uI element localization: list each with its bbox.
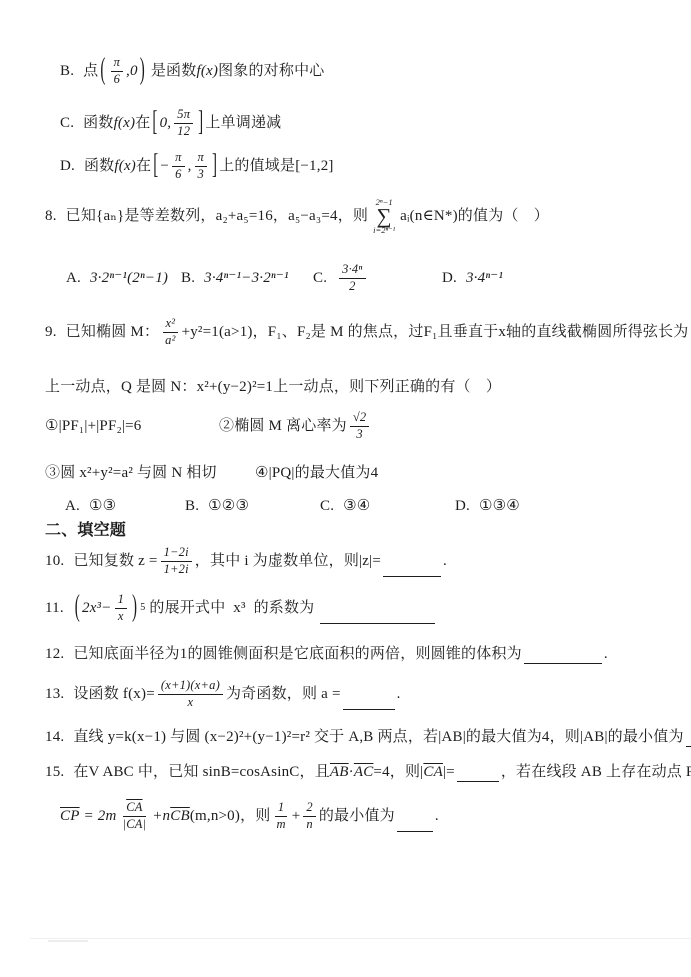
- option-d: D. ①③④: [455, 497, 520, 516]
- fraction: π6: [172, 150, 184, 182]
- statement-4: ④|PQ|的最大值为4: [255, 464, 378, 483]
- left-paren: (: [100, 56, 105, 87]
- left-bracket: [: [152, 109, 157, 138]
- text-segment: 直线 y=k(x−1) 与圆 (x−2)²+(y−1)²=r² 交于 A,B 两…: [73, 728, 683, 747]
- text-segment: ，其中 i 为虚数单位，则|z|=: [195, 552, 381, 571]
- frac-den: 3: [353, 427, 365, 443]
- option-value: ③④: [343, 497, 370, 516]
- question9-stem-line1: 9. 已知椭圆 M： x²a² +y²=1(a>1)，F₁、F₂是 M 的焦点，…: [45, 316, 691, 348]
- question8-options: A. 3·2ⁿ⁻¹(2ⁿ−1) B. 3·4ⁿ⁻¹−3·2ⁿ⁻¹ C. 3·4ⁿ…: [66, 262, 503, 294]
- text-segment: 在: [135, 114, 150, 133]
- vector-ab: AB: [330, 763, 349, 782]
- text-segment: 上单调递减: [205, 114, 281, 133]
- frac-den: 1+2i: [161, 562, 192, 578]
- section-title-text: 二、填空题: [45, 521, 126, 541]
- right-paren: ): [140, 56, 145, 87]
- question15-line2: CP = 2m CA |CA| +n CB (m,n>0)，则 1m + 2n …: [60, 800, 439, 832]
- period: .: [397, 685, 401, 704]
- fraction: √23: [350, 410, 370, 442]
- text-segment: ,0: [126, 62, 138, 81]
- question-number: 10.: [45, 552, 64, 571]
- option-label: A.: [65, 497, 80, 516]
- option-value: ①②③: [208, 497, 249, 516]
- option-b: B. 3·4ⁿ⁻¹−3·2ⁿ⁻¹: [181, 269, 313, 288]
- function-notation: f(x): [196, 62, 218, 81]
- question7-option-b: B. 点 ( π6 ,0 ) 是函数 f(x) 图象的对称中心: [60, 55, 324, 87]
- text-segment: 上一动点，Q 是圆 N：x²+(y−2)²=1上一动点，则下列正确的有（ ）: [45, 378, 501, 397]
- frac-den: 6: [172, 167, 184, 183]
- text-segment: +n: [152, 807, 170, 826]
- question12: 12. 已知底面半径为1的圆锥侧面积是它底面积的两倍，则圆锥的体积为 .: [45, 645, 608, 664]
- frac-num: 3·4ⁿ: [339, 262, 365, 279]
- sum-lower-limit: i=2ⁿ⁻¹: [373, 226, 395, 235]
- text-segment: 是函数: [147, 62, 197, 81]
- right-paren: ): [132, 593, 137, 624]
- section-title: 二、填空题: [45, 521, 126, 541]
- plus-sign: +: [292, 807, 301, 826]
- text-segment: =4，则|: [373, 763, 423, 782]
- fraction: 1−2i1+2i: [161, 545, 192, 577]
- vector-ac: AC: [354, 763, 374, 782]
- text-segment: ，若在线段 AB 上存在动点 P，使得: [501, 763, 691, 782]
- question9-items-3-4: ③圆 x²+y²=a² 与圆 N 相切 ④|PQ|的最大值为4: [45, 464, 378, 483]
- text-segment: 2x³−: [82, 599, 112, 618]
- period: .: [604, 645, 608, 664]
- frac-den: n: [303, 817, 315, 833]
- text-segment: (m,n>0)，则: [190, 807, 271, 826]
- fraction: (x+1)(x+a)x: [158, 678, 223, 710]
- frac-den: x: [115, 609, 127, 625]
- option-c: C. ③④: [320, 497, 455, 516]
- question-number: 11.: [45, 599, 64, 618]
- question9-stem-line2: 上一动点，Q 是圆 N：x²+(y−2)²=1上一动点，则下列正确的有（ ）: [45, 378, 501, 397]
- answer-blank: [383, 561, 441, 577]
- text-segment: 点: [83, 62, 98, 81]
- option-label: C.: [60, 114, 74, 133]
- fraction: 2n: [303, 800, 315, 832]
- comma: ,: [188, 157, 192, 176]
- period: .: [435, 807, 439, 826]
- question-number: 8.: [45, 207, 57, 226]
- frac-den: a²: [162, 333, 178, 349]
- sigma-glyph: ∑: [377, 207, 392, 227]
- text-segment: 函数: [83, 114, 113, 133]
- option-value: ①③: [89, 497, 116, 516]
- question7-option-d: D. 函数 f(x) 在 [ − π6 , π3 ] 上的值域是[−1,2]: [60, 150, 334, 182]
- answer-blank: [320, 608, 435, 624]
- text-segment: aᵢ(n∈N*)的值为（ ）: [400, 207, 549, 226]
- question8-stem: 8. 已知{aₙ}是等差数列，a₂+a₅=16，a₅−a₃=4，则 2ⁿ−1 ∑…: [45, 198, 549, 235]
- text-segment: 函数: [84, 157, 114, 176]
- text-segment: 0,: [160, 114, 172, 133]
- frac-num: (x+1)(x+a): [158, 678, 223, 695]
- fraction: 1x: [115, 592, 127, 624]
- option-value: 3·2ⁿ⁻¹(2ⁿ−1): [90, 269, 168, 288]
- vector-cb: CB: [170, 807, 190, 826]
- frac-num: 1: [275, 800, 287, 817]
- text-segment: 为奇函数，则 a =: [226, 685, 341, 704]
- left-bracket: [: [153, 152, 158, 181]
- text-segment: 的展开式中 x³ 的系数为: [145, 599, 318, 618]
- answer-blank: [457, 766, 499, 782]
- fraction: 5π12: [174, 107, 193, 139]
- right-bracket: ]: [212, 152, 217, 181]
- statement-2: ②椭圆 M 离心率为: [219, 417, 347, 436]
- answer-blank: [686, 731, 691, 747]
- question-number: 14.: [45, 728, 64, 747]
- question9-options: A. ①③ B. ①②③ C. ③④ D. ①③④: [65, 497, 520, 516]
- frac-num: π: [172, 150, 184, 167]
- option-value: 3·4ⁿ⁻¹: [466, 269, 503, 288]
- frac-num: 2: [303, 800, 315, 817]
- abs-bar: |: [143, 817, 147, 831]
- document-page: B. 点 ( π6 ,0 ) 是函数 f(x) 图象的对称中心 C. 函数 f(…: [0, 0, 691, 977]
- option-value: ①③④: [479, 497, 520, 516]
- text-segment: +y²=1(a>1)，F₁、F₂是 M 的焦点，过F₁且垂直于x轴的直线截椭圆所…: [182, 323, 689, 342]
- question-number: 13.: [45, 685, 64, 704]
- option-label: C.: [320, 497, 334, 516]
- option-a: A. ①③: [65, 497, 185, 516]
- text-segment: 在: [136, 157, 151, 176]
- question-number: 15.: [45, 763, 64, 782]
- frac-den: 12: [174, 124, 193, 140]
- fraction: x²a²: [162, 316, 178, 348]
- question11: 11. ( 2x³− 1x ) 5 的展开式中 x³ 的系数为: [45, 592, 437, 624]
- option-label: C.: [313, 269, 327, 288]
- question13: 13. 设函数 f(x)= (x+1)(x+a)x 为奇函数，则 a = .: [45, 678, 401, 710]
- option-a: A. 3·2ⁿ⁻¹(2ⁿ−1): [66, 269, 181, 288]
- option-label: D.: [455, 497, 470, 516]
- function-notation: f(x): [114, 157, 136, 176]
- option-d: D. 3·4ⁿ⁻¹: [442, 269, 503, 288]
- left-paren: (: [75, 593, 80, 624]
- option-label: D.: [442, 269, 457, 288]
- statement-3: ③圆 x²+y²=a² 与圆 N 相切: [45, 464, 255, 483]
- question7-option-c: C. 函数 f(x) 在 [ 0, 5π12 ] 上单调递减: [60, 107, 281, 139]
- function-notation: f(x): [114, 114, 136, 133]
- frac-num: 1: [115, 592, 127, 609]
- text-segment: |=: [443, 763, 455, 782]
- frac-den: m: [273, 817, 288, 833]
- scan-artifact-smudge: [48, 940, 88, 942]
- text-segment: 的最小值为: [319, 807, 395, 826]
- question9-items-1-2: ①|PF₁|+|PF₂|=6 ②椭圆 M 离心率为 √23: [45, 410, 372, 442]
- answer-blank: [397, 816, 433, 832]
- frac-num: √2: [350, 410, 370, 427]
- option-label: A.: [66, 269, 81, 288]
- frac-den: 6: [111, 72, 123, 88]
- statement-1: ①|PF₁|+|PF₂|=6: [45, 417, 219, 436]
- vector-cp: CP: [60, 807, 80, 826]
- frac-den: 3: [195, 167, 207, 183]
- frac-num: π: [111, 55, 123, 72]
- frac-den: |CA|: [120, 817, 150, 833]
- text-segment: 上的值域是[−1,2]: [219, 157, 333, 176]
- question-number: 9.: [45, 323, 57, 342]
- question-number: 12.: [45, 645, 64, 664]
- fraction: π3: [195, 150, 207, 182]
- question10: 10. 已知复数 z = 1−2i1+2i ，其中 i 为虚数单位，则|z|= …: [45, 545, 447, 577]
- frac-num: x²: [163, 316, 179, 333]
- text-segment: 在V ABC 中，已知 sinB=cosAsinC，且: [73, 763, 330, 782]
- option-label: D.: [60, 157, 75, 176]
- fraction: π6: [111, 55, 123, 87]
- vector-ca: CA: [126, 817, 142, 831]
- scan-artifact-line: [30, 938, 691, 939]
- option-c: C. 3·4ⁿ2: [313, 262, 442, 294]
- text-segment: 已知{aₙ}是等差数列，a₂+a₅=16，a₅−a₃=4，则: [66, 207, 368, 226]
- answer-blank: [524, 648, 602, 664]
- option-label: B.: [185, 497, 199, 516]
- option-b: B. ①②③: [185, 497, 320, 516]
- summation-symbol: 2ⁿ−1 ∑ i=2ⁿ⁻¹: [373, 198, 395, 235]
- question14: 14. 直线 y=k(x−1) 与圆 (x−2)²+(y−1)²=r² 交于 A…: [45, 728, 691, 747]
- fraction: 3·4ⁿ2: [339, 262, 365, 294]
- question15-line1: 15. 在V ABC 中，已知 sinB=cosAsinC，且 AB · AC …: [45, 763, 691, 782]
- vector-ca: CA: [423, 763, 443, 782]
- answer-blank: [343, 694, 395, 710]
- right-bracket: ]: [198, 109, 203, 138]
- text-segment: 已知椭圆 M：: [66, 323, 160, 342]
- text-segment: = 2m: [80, 807, 117, 826]
- frac-den: 2: [346, 279, 358, 295]
- option-value: 3·4ⁿ⁻¹−3·2ⁿ⁻¹: [204, 269, 289, 288]
- fraction: CA |CA|: [120, 800, 150, 832]
- option-label: B.: [60, 62, 74, 81]
- frac-num-vector-ca: CA: [123, 800, 145, 817]
- option-label: B.: [181, 269, 195, 288]
- frac-den: x: [185, 695, 197, 711]
- text-segment: 设函数 f(x)=: [73, 685, 155, 704]
- minus-sign: −: [160, 157, 169, 176]
- frac-num: π: [195, 150, 207, 167]
- text-segment: 已知底面半径为1的圆锥侧面积是它底面积的两倍，则圆锥的体积为: [73, 645, 522, 664]
- text-segment: 图象的对称中心: [218, 62, 324, 81]
- fraction: 1m: [273, 800, 288, 832]
- text-segment: 已知复数 z =: [73, 552, 157, 571]
- frac-num: 1−2i: [161, 545, 192, 562]
- frac-num: 5π: [174, 107, 193, 124]
- period: .: [443, 552, 447, 571]
